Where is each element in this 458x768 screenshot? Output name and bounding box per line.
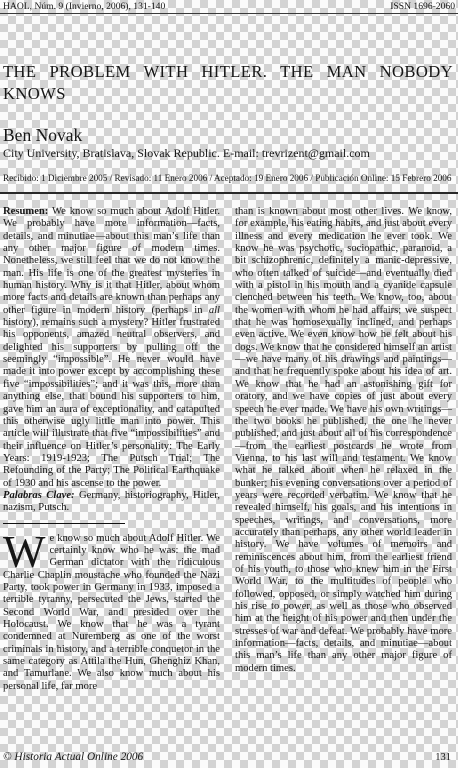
right-column: than is known about most other lives. We… — [235, 206, 452, 693]
journal-page: HAOL, Núm. 9 (Invierno, 2006), 131-140 I… — [0, 0, 458, 768]
header-divider — [0, 13, 458, 14]
title-block-divider — [0, 192, 458, 194]
page-header: HAOL, Núm. 9 (Invierno, 2006), 131-140 I… — [0, 0, 458, 12]
left-column: Resumen: We know so much about Adolf Hit… — [3, 206, 220, 693]
journal-reference: HAOL, Núm. 9 (Invierno, 2006), 131-140 — [3, 1, 165, 12]
submission-dates: Recibido: 1 Diciembre 2005 / Revisado: 1… — [3, 173, 458, 184]
article-title-line1: THE PROBLEM WITH HITLER. THE MAN NOBODY — [3, 61, 453, 83]
author-affiliation: City University, Bratislava, Slovak Repu… — [3, 146, 455, 160]
author-name: Ben Novak — [3, 126, 455, 145]
article-title: THE PROBLEM WITH HITLER. THE MAN NOBODY … — [3, 61, 453, 105]
opening-paragraph: We know so much about Adolf Hitler. We c… — [3, 533, 220, 693]
page-footer: © Historia Actual Online 2006 131 — [3, 751, 451, 763]
abstract-paragraph: Resumen: We know so much about Adolf Hit… — [3, 206, 220, 490]
two-column-body: Resumen: We know so much about Adolf Hit… — [3, 206, 452, 693]
page-number: 131 — [435, 752, 451, 763]
section-divider — [3, 523, 125, 524]
keywords-paragraph: Palabras Clave: Germany, historiography,… — [3, 490, 220, 515]
copyright-notice: © Historia Actual Online 2006 — [3, 751, 143, 763]
issn-label: ISSN 1696-2060 — [390, 1, 455, 12]
drop-cap: W — [3, 533, 49, 569]
article-title-line2: KNOWS — [3, 83, 453, 105]
continuation-paragraph: than is known about most other lives. We… — [235, 206, 452, 675]
